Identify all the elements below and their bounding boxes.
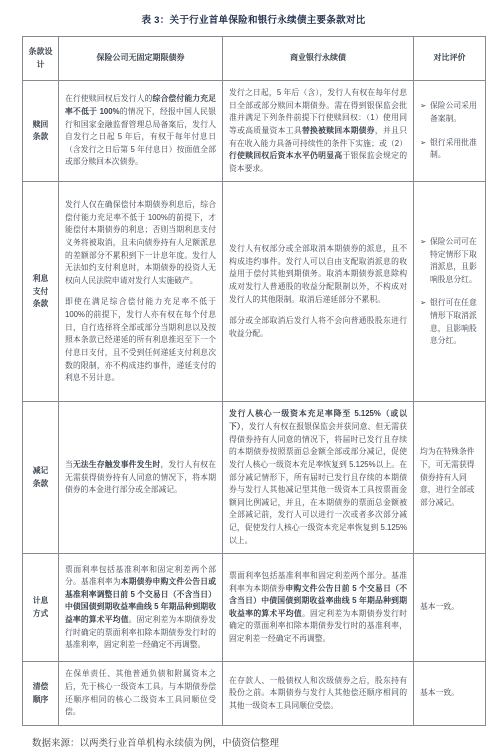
evaluation-text: 基本一致。 [420, 687, 479, 700]
evaluation-text: 基本一致。 [420, 601, 479, 614]
comparison-table: 条款设计 保险公司无固定期限债券 商业银行永续债 对比评价 赎回条款在行使赎回权… [22, 36, 486, 726]
evaluation-item: ➢保险公司采用备案制。 [420, 100, 479, 125]
cell-paragraph: 部分或全部取消后发行人将不会向普通股股东进行收益分配。 [229, 315, 407, 340]
table-row: 计息方式票面利率包括基准利率和固定利差两个部分。基准利率为本期债券申购文件公告日… [23, 554, 486, 662]
arrow-bullet-icon: ➢ [420, 236, 430, 249]
bank-cell: 发行之日起，5 年后（含），发行人有权在每年付息日全部或部分赎回本期债券。需在得… [223, 81, 414, 182]
table-body: 赎回条款在行使赎回权后发行人的综合偿付能力充足率不低于 100%的情况下，经报中… [23, 81, 486, 726]
cell-paragraph: 发行人核心一级资本充足率降至 5.125%（或以下），发行人有权在报银保监会并获… [229, 408, 407, 547]
evaluation-text: 保险公司可在特定情形下取消派息，且影响股息分红。 [430, 236, 479, 287]
evaluation-cell: 基本一致。 [414, 554, 486, 662]
bank-cell: 票面利率包括基准利率和固定利差两个部分。基准利率为本期债券申购文件公告日前 5 … [223, 554, 414, 662]
table-title: 表 3：关于行业首单保险和银行永续债主要条款对比 [22, 12, 485, 26]
cell-paragraph: 票面利率包括基准利率和固定利差两个部分。基准利率为本期债券申购文件公告日前 5 … [229, 570, 407, 646]
evaluation-item: ➢银行采用批准制。 [420, 137, 479, 162]
arrow-bullet-icon: ➢ [420, 137, 430, 150]
bank-cell: 在存款人、一般债权人和次级债券之后，股东持有股份之前。本期债券与发行人其他偿还顺… [223, 662, 414, 726]
clause-cell: 赎回条款 [23, 81, 59, 182]
source-note: 数据来源：以两类行业首单机构永续债为例，中债资信整理 [32, 735, 485, 749]
table-row: 清偿顺序在保单责任、其他普通负债和附属资本之后，先于核心一级资本工具。与本期债券… [23, 662, 486, 726]
header-bank-perpetual: 商业银行永续债 [223, 37, 414, 81]
cell-paragraph: 票面利率包括基准利率和固定利差两个部分。基准利率为本期债券申购文件公告日或基准利… [65, 564, 216, 652]
header-row: 条款设计 保险公司无固定期限债券 商业银行永续债 对比评价 [23, 37, 486, 81]
report-page: 表 3：关于行业首单保险和银行永续债主要条款对比 条款设计 保险公司无固定期限债… [0, 0, 503, 749]
evaluation-item: 基本一致。 [420, 601, 479, 614]
cell-paragraph: 在行使赎回权后发行人的综合偿付能力充足率不低于 100%的情况下，经报中国人民银… [65, 93, 216, 169]
evaluation-item: 基本一致。 [420, 687, 479, 700]
evaluation-cell: 基本一致。 [414, 662, 486, 726]
table-header: 条款设计 保险公司无固定期限债券 商业银行永续债 对比评价 [23, 37, 486, 81]
insurance-cell: 票面利率包括基准利率和固定利差两个部分。基准利率为本期债券申购文件公告日或基准利… [59, 554, 223, 662]
table-row: 赎回条款在行使赎回权后发行人的综合偿付能力充足率不低于 100%的情况下，经报中… [23, 81, 486, 182]
header-evaluation: 对比评价 [414, 37, 486, 81]
insurance-cell: 在行使赎回权后发行人的综合偿付能力充足率不低于 100%的情况下，经报中国人民银… [59, 81, 223, 182]
evaluation-text: 均为在特殊条件下，可无需获得债券持有人同意，进行全部或部分减记。 [420, 446, 479, 509]
table-row: 减记条款当无法生存触发事件发生时，发行人有权在无需获得债券持有人同意的情况下，将… [23, 402, 486, 554]
header-clause-design: 条款设计 [23, 37, 59, 81]
bank-cell: 发行人有权部分或全部取消本期债券的派息，且不构成违约事件。发行人可以自由支配取消… [223, 182, 414, 402]
cell-paragraph: 发行之日起，5 年后（含），发行人有权在每年付息日全部或部分赎回本期债券。需在得… [229, 87, 407, 175]
insurance-cell: 当无法生存触发事件发生时，发行人有权在无需获得债券持有人同意的情况下，将本期债券… [59, 402, 223, 554]
cell-paragraph: 发行人仅在确保偿付本期债券利息后，综合偿付能力充足率不低于 100%的前提下，才… [65, 199, 216, 287]
evaluation-item: ➢银行可在任意情形下取消派息，且影响股息分红。 [420, 297, 479, 348]
clause-cell: 利息支付条款 [23, 182, 59, 402]
bank-cell: 发行人核心一级资本充足率降至 5.125%（或以下），发行人有权在报银保监会并获… [223, 402, 414, 554]
cell-paragraph: 在保单责任、其他普通负债和附属资本之后，先于核心一级资本工具。与本期债券偿还顺序… [65, 668, 216, 719]
cell-paragraph: 发行人有权部分或全部取消本期债券的派息，且不构成违约事件。发行人可以自由支配取消… [229, 243, 407, 306]
evaluation-item: ➢保险公司可在特定情形下取消派息，且影响股息分红。 [420, 236, 479, 287]
header-insurance-bond: 保险公司无固定期限债券 [59, 37, 223, 81]
evaluation-text: 银行采用批准制。 [430, 137, 479, 162]
evaluation-text: 保险公司采用备案制。 [430, 100, 479, 125]
cell-paragraph: 在存款人、一般债权人和次级债券之后，股东持有股份之前。本期债券与发行人其他偿还顺… [229, 675, 407, 713]
clause-cell: 计息方式 [23, 554, 59, 662]
insurance-cell: 在保单责任、其他普通负债和附属资本之后，先于核心一级资本工具。与本期债券偿还顺序… [59, 662, 223, 726]
cell-paragraph: 即使在满足综合偿付能力充足率不低于 100%的前提下，发行人亦有权在每个付息日，… [65, 296, 216, 384]
clause-cell: 清偿顺序 [23, 662, 59, 726]
evaluation-cell: ➢保险公司采用备案制。➢银行采用批准制。 [414, 81, 486, 182]
evaluation-cell: ➢保险公司可在特定情形下取消派息，且影响股息分红。➢银行可在任意情形下取消派息，… [414, 182, 486, 402]
arrow-bullet-icon: ➢ [420, 100, 430, 113]
table-row: 利息支付条款发行人仅在确保偿付本期债券利息后，综合偿付能力充足率不低于 100%… [23, 182, 486, 402]
insurance-cell: 发行人仅在确保偿付本期债券利息后，综合偿付能力充足率不低于 100%的前提下，才… [59, 182, 223, 402]
cell-paragraph: 当无法生存触发事件发生时，发行人有权在无需获得债券持有人同意的情况下，将本期债券… [65, 459, 216, 497]
clause-cell: 减记条款 [23, 402, 59, 554]
evaluation-text: 银行可在任意情形下取消派息，且影响股息分红。 [430, 297, 479, 348]
arrow-bullet-icon: ➢ [420, 297, 430, 310]
evaluation-item: 均为在特殊条件下，可无需获得债券持有人同意，进行全部或部分减记。 [420, 446, 479, 509]
evaluation-cell: 均为在特殊条件下，可无需获得债券持有人同意，进行全部或部分减记。 [414, 402, 486, 554]
